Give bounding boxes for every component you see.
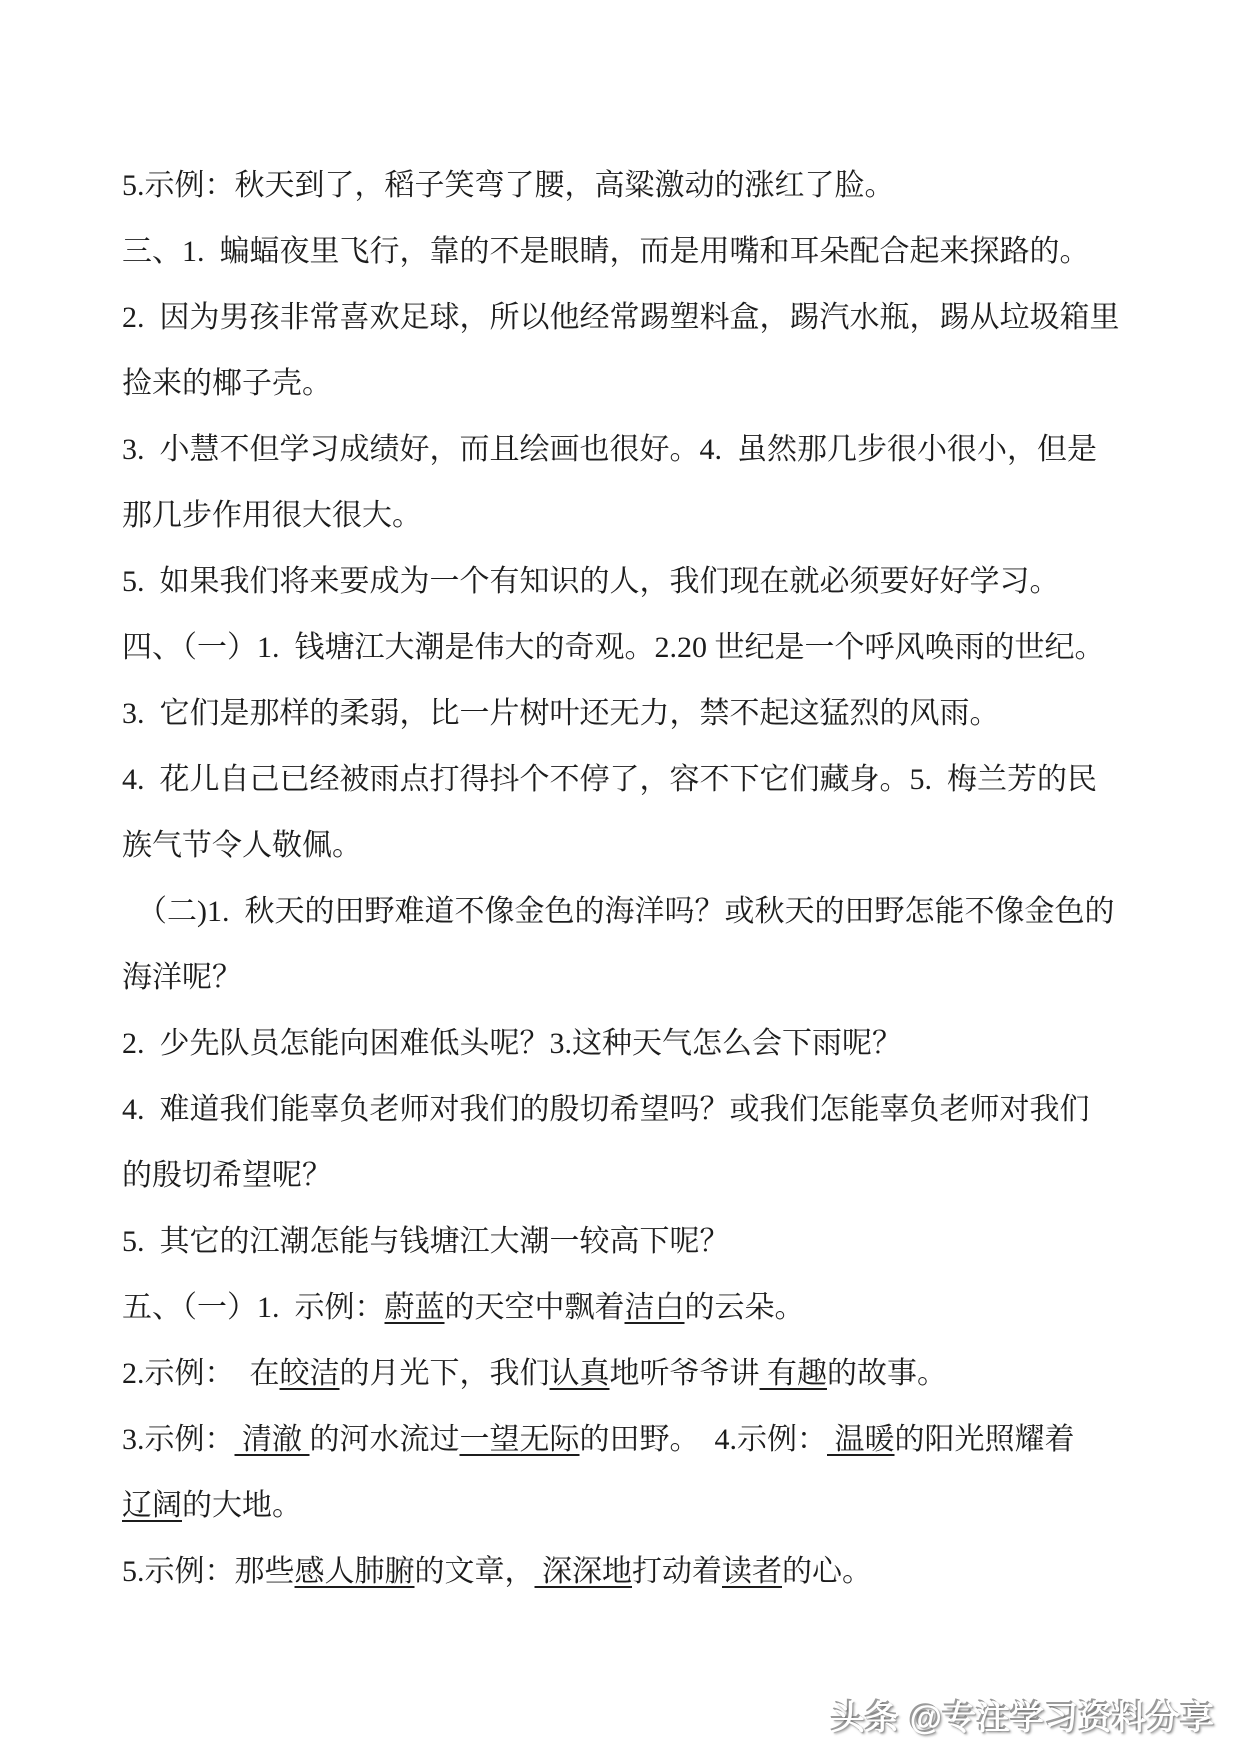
text-segment: 的云朵。 [685,1291,805,1324]
text-segment: 的殷切希望呢？ [122,1159,332,1192]
text-segment: 捡来的椰子壳。 [122,367,332,400]
text-segment: 2. 因为男孩非常喜欢足球，所以他经常踢塑料盒，踢汽水瓶，踢从垃圾箱里 [122,301,1120,334]
underlined-answer: 读者 [722,1555,782,1588]
text-segment: 2. 少先队员怎能向困难低头呢？3.这种天气怎么会下雨呢？ [122,1027,902,1060]
text-line: 五、（一）1. 示例：蔚蓝的天空中飘着洁白的云朵。 [122,1275,1182,1341]
text-segment: 的河水流过 [310,1423,460,1456]
underlined-answer: 认真 [550,1357,610,1390]
text-segment: 4. 花儿自己已经被雨点打得抖个不停了，容不下它们藏身。5. 梅兰芳的民 [122,763,1097,796]
text-segment: 打动着 [632,1555,722,1588]
text-segment: 5. 如果我们将来要成为一个有知识的人，我们现在就必须要好好学习。 [122,565,1060,598]
text-line: 族气节令人敬佩。 [122,813,1182,879]
text-segment: 族气节令人敬佩。 [122,829,362,862]
text-segment: 3. 小慧不但学习成绩好，而且绘画也很好。4. 虽然那几步很小很小，但是 [122,433,1097,466]
text-line: 海洋呢？ [122,945,1182,1011]
text-segment: 3. 它们是那样的柔弱，比一片树叶还无力，禁不起这猛烈的风雨。 [122,697,1000,730]
text-line: 3.示例： 清澈 的河水流过一望无际的田野。 4.示例： 温暖的阳光照耀着 [122,1407,1182,1473]
text-segment: 的阳光照耀着 [895,1423,1075,1456]
text-segment: 的田野。 4.示例： [580,1423,828,1456]
text-segment: 那几步作用很大很大。 [122,499,422,532]
text-segment: 5. 其它的江潮怎能与钱塘江大潮一较高下呢？ [122,1225,730,1258]
text-line: （二)1. 秋天的田野难道不像金色的海洋吗？或秋天的田野怎能不像金色的 [122,879,1182,945]
text-segment: 4. 难道我们能辜负老师对我们的殷切希望吗？或我们怎能辜负老师对我们 [122,1093,1090,1126]
text-line: 5. 其它的江潮怎能与钱塘江大潮一较高下呢？ [122,1209,1182,1275]
text-segment: 三、1. 蝙蝠夜里飞行，靠的不是眼睛，而是用嘴和耳朵配合起来探路的。 [122,235,1090,268]
text-line: 2.示例： 在皎洁的月光下，我们认真地听爷爷讲 有趣的故事。 [122,1341,1182,1407]
text-segment: 5.示例：秋天到了，稻子笑弯了腰，高粱激动的涨红了脸。 [122,169,895,202]
text-segment: 的月光下，我们 [340,1357,550,1390]
text-segment: 5.示例：那些 [122,1555,295,1588]
text-line: 4. 难道我们能辜负老师对我们的殷切希望吗？或我们怎能辜负老师对我们 [122,1077,1182,1143]
answer-key-text: 5.示例：秋天到了，稻子笑弯了腰，高粱激动的涨红了脸。三、1. 蝙蝠夜里飞行，靠… [122,153,1182,1605]
text-line: 4. 花儿自己已经被雨点打得抖个不停了，容不下它们藏身。5. 梅兰芳的民 [122,747,1182,813]
text-line: 3. 它们是那样的柔弱，比一片树叶还无力，禁不起这猛烈的风雨。 [122,681,1182,747]
text-line: 5.示例：秋天到了，稻子笑弯了腰，高粱激动的涨红了脸。 [122,153,1182,219]
underlined-answer: 有趣 [760,1357,828,1390]
toutiao-watermark: 头条 @专注学习资料分享 [832,1692,1215,1739]
underlined-answer: 蔚蓝 [385,1291,445,1324]
text-line: 捡来的椰子壳。 [122,351,1182,417]
underlined-answer: 一望无际 [460,1423,580,1456]
text-line: 辽阔的大地。 [122,1473,1182,1539]
text-line: 2. 少先队员怎能向困难低头呢？3.这种天气怎么会下雨呢？ [122,1011,1182,1077]
underlined-answer: 辽阔 [122,1489,182,1522]
text-line: 2. 因为男孩非常喜欢足球，所以他经常踢塑料盒，踢汽水瓶，踢从垃圾箱里 [122,285,1182,351]
text-segment: 的天空中飘着 [445,1291,625,1324]
text-line: 5. 如果我们将来要成为一个有知识的人，我们现在就必须要好好学习。 [122,549,1182,615]
text-line: 5.示例：那些感人肺腑的文章， 深深地打动着读者的心。 [122,1539,1182,1605]
underlined-answer: 皎洁 [280,1357,340,1390]
text-line: 三、1. 蝙蝠夜里飞行，靠的不是眼睛，而是用嘴和耳朵配合起来探路的。 [122,219,1182,285]
text-segment: 四、（一）1. 钱塘江大潮是伟大的奇观。2.20 世纪是一个呼风唤雨的世纪。 [122,631,1105,664]
text-line: 那几步作用很大很大。 [122,483,1182,549]
underlined-answer: 感人肺腑 [295,1555,415,1588]
text-segment: （二)1. 秋天的田野难道不像金色的海洋吗？或秋天的田野怎能不像金色的 [122,895,1115,928]
underlined-answer: 洁白 [625,1291,685,1324]
text-segment: 3.示例： [122,1423,235,1456]
text-line: 四、（一）1. 钱塘江大潮是伟大的奇观。2.20 世纪是一个呼风唤雨的世纪。 [122,615,1182,681]
text-segment: 2.示例： 在 [122,1357,280,1390]
underlined-answer: 清澈 [235,1423,310,1456]
text-segment: 地听爷爷讲 [610,1357,760,1390]
text-line: 的殷切希望呢？ [122,1143,1182,1209]
text-segment: 五、（一）1. 示例： [122,1291,385,1324]
text-segment: 的文章， [415,1555,535,1588]
text-line: 3. 小慧不但学习成绩好，而且绘画也很好。4. 虽然那几步很小很小，但是 [122,417,1182,483]
underlined-answer: 温暖 [827,1423,895,1456]
underlined-answer: 深深地 [535,1555,633,1588]
text-segment: 的心。 [782,1555,872,1588]
text-segment: 的大地。 [182,1489,302,1522]
text-segment: 的故事。 [827,1357,947,1390]
text-segment: 海洋呢？ [122,961,242,994]
document-page: 5.示例：秋天到了，稻子笑弯了腰，高粱激动的涨红了脸。三、1. 蝙蝠夜里飞行，靠… [0,0,1242,1757]
